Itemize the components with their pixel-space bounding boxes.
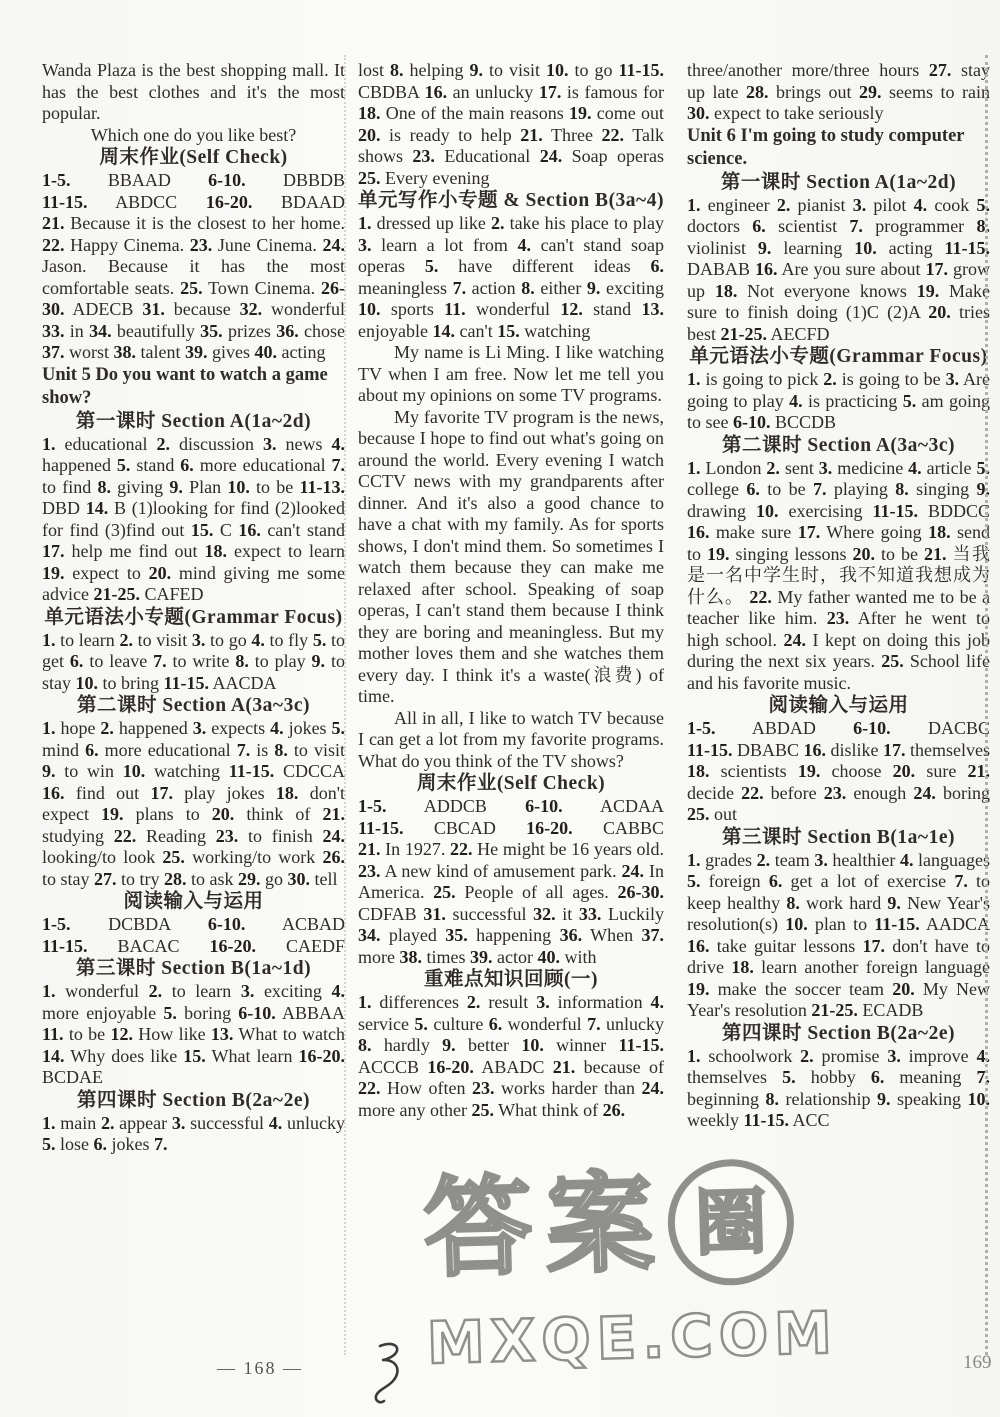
answer-paragraph: 1. to learn 2. to visit 3. to go 4. to f… — [42, 630, 345, 695]
section-heading: 第二课时 Section A(3a~3c) — [687, 434, 990, 458]
centered-line: Which one do you like best? — [42, 125, 345, 147]
answer-paragraph: 1. engineer 2. pianist 3. pilot 4. cook … — [687, 195, 990, 346]
page-edge-dotted-line — [985, 55, 988, 1355]
page-number: — 168 — — [150, 1358, 370, 1379]
answer-paragraph: lost 8. helping 9. to visit 10. to go 11… — [358, 60, 664, 189]
section-heading: 阅读输入与运用 — [42, 890, 345, 914]
partial-right-page-number: 169 — [963, 1352, 1000, 1374]
section-heading: 周末作业(Self Check) — [42, 146, 345, 170]
unit-title: Unit 6 I'm going to study computer scien… — [687, 125, 990, 171]
answer-paragraph: 1. London 2. sent 3. medicine 4. article… — [687, 458, 990, 695]
answer-paragraph: 1. differences 2. result 3. information … — [358, 992, 664, 1121]
answer-row: 1-5. ADDCB 6-10. ACDAA — [358, 796, 664, 818]
section-heading: 重难点知识回顾(一) — [358, 968, 664, 992]
answer-paragraph: 1. grades 2. team 3. healthier 4. langua… — [687, 850, 990, 1022]
answer-paragraph: 1. educational 2. discussion 3. news 4. … — [42, 434, 345, 606]
answer-row: 1-5. DCBDA 6-10. ACBAD — [42, 914, 345, 936]
answer-paragraph: 1. is going to pick 2. is going to be 3.… — [687, 369, 990, 434]
answer-row: 1-5. ABDAD 6-10. DACBC — [687, 718, 990, 740]
answer-row: 11-15. ABDCC 16-20. BDAAD — [42, 192, 345, 214]
column-separator-dotted-line — [344, 55, 346, 1355]
answer-paragraph: 1. wonderful 2. to learn 3. exciting 4. … — [42, 981, 345, 1089]
essay-paragraph: My favorite TV program is the news, beca… — [358, 407, 664, 708]
answer-row: 11-15. CBCAD 16-20. CABBC — [358, 818, 664, 840]
answer-row: 11-15. BACAC 16-20. CAEDF — [42, 936, 345, 958]
unit-title: Unit 5 Do you want to watch a game show? — [42, 364, 345, 410]
answer-paragraph: three/another more/three hours 27. stay … — [687, 60, 990, 125]
section-heading: 阅读输入与运用 — [687, 694, 990, 718]
answer-paragraph: 11-15. DBABC 16. dislike 17. themselves … — [687, 740, 990, 826]
answer-paragraph: 1. main 2. appear 3. successful 4. unluc… — [42, 1113, 345, 1156]
answer-paragraph: 1. hope 2. happened 3. expects 4. jokes … — [42, 718, 345, 890]
section-heading: 单元语法小专题(Grammar Focus) — [42, 606, 345, 630]
answer-paragraph: 1. dressed up like 2. take his place to … — [358, 213, 664, 342]
column-left: Wanda Plaza is the best shopping mall. I… — [42, 60, 345, 1365]
section-heading: 周末作业(Self Check) — [358, 772, 664, 796]
section-heading: 第一课时 Section A(1a~2d) — [42, 410, 345, 434]
answer-paragraph: 21. In 1927. 22. He might be 16 years ol… — [358, 839, 664, 968]
section-heading: 单元写作小专题 & Section B(3a~4) — [358, 189, 664, 213]
essay-paragraph: All in all, I like to watch TV because I… — [358, 708, 664, 773]
section-heading: 第三课时 Section B(1a~1e) — [687, 826, 990, 850]
section-heading: 单元语法小专题(Grammar Focus) — [687, 345, 990, 369]
column-middle: lost 8. helping 9. to visit 10. to go 11… — [358, 60, 664, 1365]
section-heading: 第四课时 Section B(2a~2e) — [687, 1022, 990, 1046]
section-heading: 第三课时 Section B(1a~1d) — [42, 957, 345, 981]
section-heading: 第一课时 Section A(1a~2d) — [687, 171, 990, 195]
essay-paragraph: My name is Li Ming. I like watching TV w… — [358, 342, 664, 407]
section-heading: 第二课时 Section A(3a~3c) — [42, 694, 345, 718]
answer-paragraph: 1. schoolwork 2. promise 3. improve 4. t… — [687, 1046, 990, 1132]
section-heading: 第四课时 Section B(2a~2e) — [42, 1089, 345, 1113]
scanned-answer-page: Wanda Plaza is the best shopping mall. I… — [0, 0, 1000, 1417]
handwritten-mark-3 — [368, 1340, 414, 1410]
answer-paragraph: 21. Because it is the closest to her hom… — [42, 213, 345, 364]
answer-row: 1-5. BBAAD 6-10. DBBDB — [42, 170, 345, 192]
answer-paragraph: Wanda Plaza is the best shopping mall. I… — [42, 60, 345, 125]
column-right: three/another more/three hours 27. stay … — [687, 60, 990, 1365]
